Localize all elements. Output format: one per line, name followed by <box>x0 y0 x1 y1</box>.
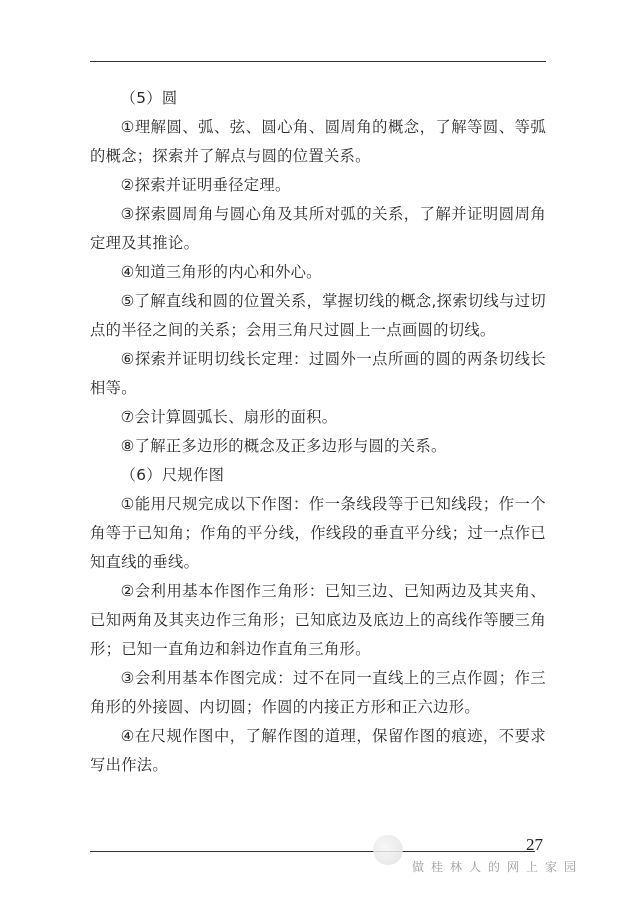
construction-item-2: ②会利用基本作图作三角形：已知三边、已知两边及其夹角、已知两角及其夹边作三角形；… <box>90 577 546 664</box>
section-heading-construction: （6）尺规作图 <box>90 461 546 490</box>
circle-item-3: ③探索圆周角与圆心角及其所对弧的关系，了解并证明圆周角定理及其推论。 <box>90 200 546 258</box>
circle-item-8: ⑧了解正多边形的概念及正多边形与圆的关系。 <box>90 432 546 461</box>
circle-item-4: ④知道三角形的内心和外心。 <box>90 258 546 287</box>
watermark-logo-icon <box>373 835 403 865</box>
circle-item-5: ⑤了解直线和圆的位置关系，掌握切线的概念,探索切线与过切点的半径之间的关系；会用… <box>90 287 546 345</box>
footer-rule <box>90 851 535 852</box>
construction-item-1: ①能用尺规完成以下作图：作一条线段等于已知线段；作一个角等于已知角；作角的平分线… <box>90 490 546 577</box>
header-rule <box>90 61 546 62</box>
page-number: 27 <box>526 835 543 855</box>
construction-item-3: ③会利用基本作图完成：过不在同一直线上的三点作圆；作三角形的外接圆、内切圆；作圆… <box>90 664 546 722</box>
construction-item-4: ④在尺规作图中，了解作图的道理，保留作图的痕迹，不要求写出作法。 <box>90 722 546 780</box>
section-heading-circle: （5）圆 <box>90 84 546 113</box>
document-body: （5）圆 ①理解圆、弧、弦、圆心角、圆周角的概念，了解等圆、等弧的概念；探索并了… <box>90 84 546 780</box>
circle-item-7: ⑦会计算圆弧长、扇形的面积。 <box>90 403 546 432</box>
circle-item-1: ①理解圆、弧、弦、圆心角、圆周角的概念，了解等圆、等弧的概念；探索并了解点与圆的… <box>90 113 546 171</box>
circle-item-6: ⑥探索并证明切线长定理：过圆外一点所画的圆的两条切线长相等。 <box>90 345 546 403</box>
circle-item-2: ②探索并证明垂径定理。 <box>90 171 546 200</box>
watermark-text: 做桂林人的网上家园 <box>412 858 583 875</box>
